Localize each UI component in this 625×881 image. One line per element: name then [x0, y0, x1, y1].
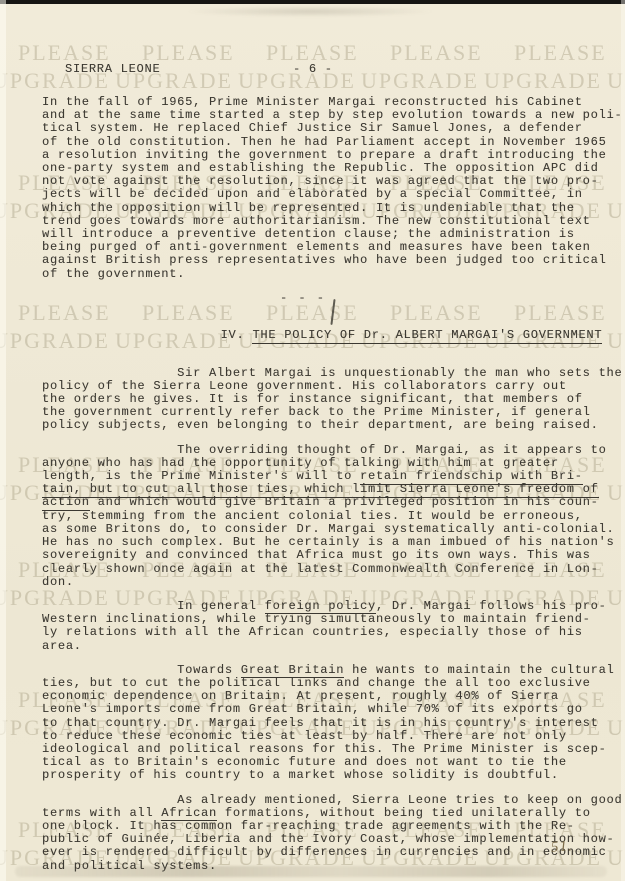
paragraph: As already mentioned, Sierra Leone tries… [42, 794, 622, 873]
section-heading: IV.THE POLICY OF Dr. ALBERT MARGAI'S GOV… [157, 316, 622, 356]
section-numeral: IV. [221, 328, 245, 342]
section-title: THE POLICY OF Dr. ALBERT MARGAI'S GOVERN… [252, 328, 602, 344]
scanned-document-page: PLEASEPLEASEPLEASEPLEASEPLEASEUPGRADEUPG… [0, 0, 625, 881]
section-divider: - - - [280, 292, 622, 305]
paragraph: Sir Albert Margai is unquestionably the … [42, 367, 622, 433]
paragraph: In general foreign policy, Dr. Margai fo… [42, 600, 622, 653]
document-title: SIERRA LEONE [65, 63, 160, 76]
document-body: In the fall of 1965, Prime Minister Marg… [42, 96, 622, 881]
paragraph: Towards Great Britain he wants to mainta… [42, 664, 622, 783]
page-number: - 6 - [293, 63, 333, 76]
document-content: SIERRA LEONE - 6 - In the fall of 1965, … [0, 0, 625, 881]
paragraph: In the fall of 1965, Prime Minister Marg… [42, 96, 622, 281]
paragraph: The overriding thought of Dr. Margai, as… [42, 444, 622, 589]
handwritten-page-number: 51. [550, 838, 573, 856]
paragraphs-container: Sir Albert Margai is unquestionably the … [42, 367, 622, 873]
